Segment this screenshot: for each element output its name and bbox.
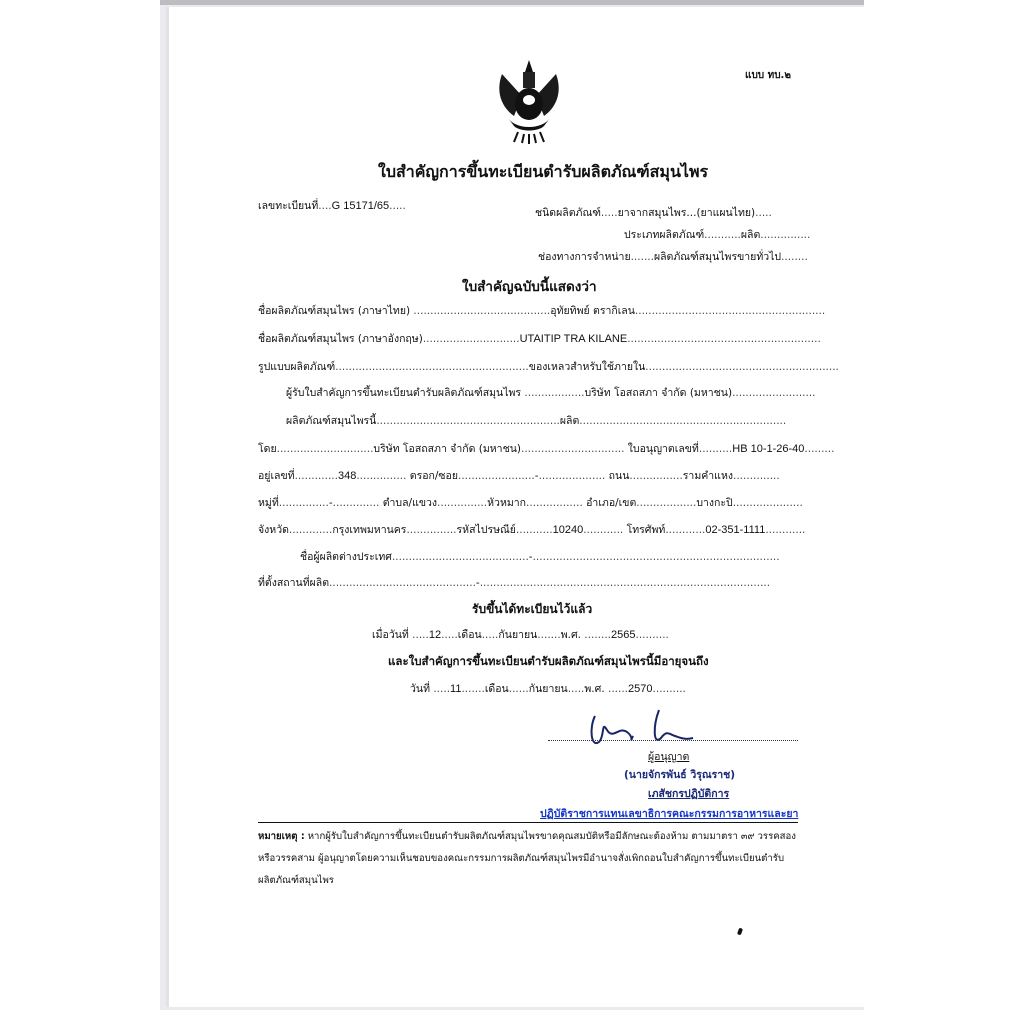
signature-line [548,740,798,741]
signatory-position: เภสัชกรปฏิบัติการ [648,785,729,802]
signatory-name: (นายจักรพันธ์ วิรุณราช) [624,766,735,783]
note-divider [258,822,798,823]
signature-role: ผู้อนุญาต [648,748,689,765]
signature-scribble-icon [585,708,695,752]
field-form: รูปแบบผลิตภัณฑ์.........................… [258,358,839,375]
field-site: ที่ตั้งสถานที่ผลิต......................… [258,574,770,591]
garuda-emblem-icon [494,56,564,144]
field-name-th: ชื่อผลิตภัณฑ์สมุนไพร (ภาษาไทย) .........… [258,302,825,319]
product-type: ประเภทผลิตภัณฑ์...........ผลิต..........… [624,226,810,243]
acting-stamp: ปฏิบัติราชการแทนเลขาธิการคณะกรรมการอาหาร… [540,805,798,822]
section-heading: ใบสำคัญฉบับนี้แสดงว่า [462,275,597,297]
expiry-heading: และใบสำคัญการขึ้นทะเบียนตำรับผลิตภัณฑ์สม… [388,653,709,671]
registration-number: เลขทะเบียนที่....G 15171/65..... [258,197,406,214]
registered-date: เมื่อวันที่ .....12.....เดือน.....กันยาย… [372,626,669,643]
field-province-contact: จังหวัด.............กรุงเทพมหานคร.......… [258,521,805,538]
expiry-date: วันที่ .....11.......เดือน......กันยายน.… [410,680,686,697]
product-kind: ชนิดผลิตภัณฑ์.....ยาจากสมุนไพร...(ยาแผนไ… [535,204,772,221]
registered-heading: รับขึ้นได้ทะเบียนไว้แล้ว [472,600,592,619]
note-text: หมายเหตุ : หากผู้รับใบสำคัญการขึ้นทะเบีย… [258,826,803,892]
form-code: แบบ ทบ.๒ [745,68,791,83]
field-holder: ผู้รับใบสำคัญการขึ้นทะเบียนตำรับผลิตภัณฑ… [286,384,816,401]
field-by-license: โดย.............................บริษัท โ… [258,440,834,457]
field-address: อยู่เลขที่.............348..............… [258,467,780,484]
field-name-en: ชื่อผลิตภัณฑ์สมุนไพร (ภาษาอังกฤษ).......… [258,330,821,347]
field-foreign-maker: ชื่อผู้ผลิตต่างประเทศ...................… [300,548,780,565]
document-title: ใบสำคัญการขึ้นทะเบียนตำรับผลิตภัณฑ์สมุนไ… [378,160,708,185]
field-product-this: ผลิตภัณฑ์สมุนไพรนี้.....................… [286,412,786,429]
distribution-channel: ช่องทางการจำหน่าย.......ผลิตภัณฑ์สมุนไพร… [538,248,808,265]
field-locality: หมู่ที่...............-.............. ตำ… [258,494,803,511]
